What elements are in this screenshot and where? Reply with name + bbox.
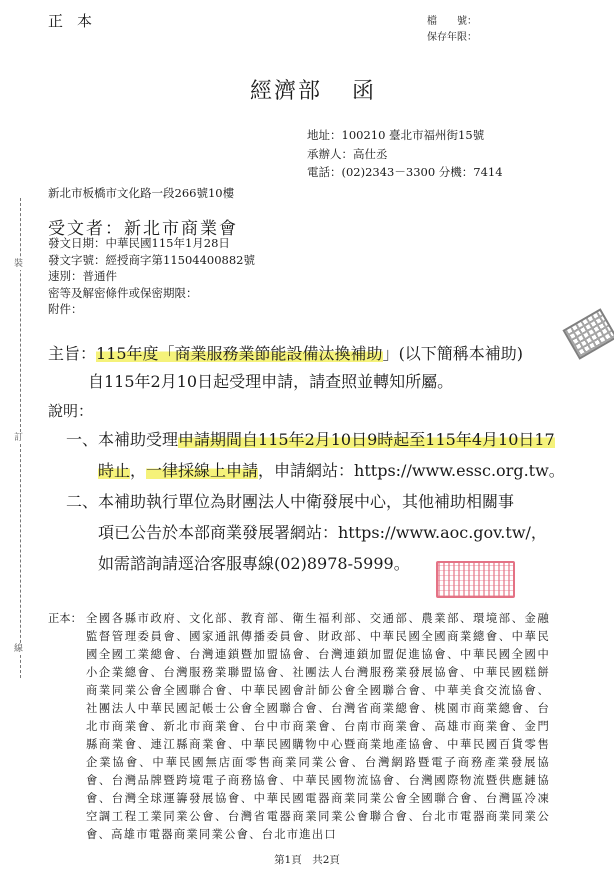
classification: 密等及解密條件或保密期限： xyxy=(48,285,255,302)
item-text: 本補助執行單位為財團法人中衛發展中心，其他補助相關事 xyxy=(98,492,514,511)
item-number: 二、 xyxy=(66,492,98,511)
explanation-list: 一、本補助受理申請期間自115年2月10日9時起至115年4月10日17 時止，… xyxy=(66,424,565,579)
page-number: 第1頁 共2頁 xyxy=(0,852,614,867)
binding-mark-xian: 線 xyxy=(14,643,23,655)
explanation-item-1: 一、本補助受理申請期間自115年2月10日9時起至115年4月10日17 xyxy=(66,424,565,455)
item-highlight: 時止 xyxy=(98,461,130,480)
binding-mark-ding: 訂 xyxy=(14,432,23,444)
issue-date: 發文日期：中華民國115年1月28日 xyxy=(48,235,255,252)
sender-info: 地址：100210 臺北市福州街15號 承辦人：高仕丞 電話：(02)2343－… xyxy=(307,126,503,182)
subject: 主旨：115年度「商業服務業節能設備汰換補助」(以下簡稱本補助) 自115年2月… xyxy=(48,340,523,396)
subject-rest: 」(以下簡稱本補助) xyxy=(383,344,524,363)
subject-line-2: 自115年2月10日起受理申請，請查照並轉知所屬。 xyxy=(48,368,523,396)
subject-highlight: 115年度「商業服務業節能設備汰換補助 xyxy=(96,344,383,363)
recipient-address: 新北市板橋市文化路一段266號10樓 xyxy=(48,185,234,201)
contact-phone: 電話：(02)2343－3300 分機：7414 xyxy=(307,163,503,182)
contact-person: 承辦人：高仕丞 xyxy=(307,145,503,164)
cc-recipients: 全國各縣市政府、文化部、教育部、衛生福利部、交通部、農業部、環境部、金融監督管理… xyxy=(86,610,550,844)
red-seal-stamp-icon xyxy=(436,561,515,598)
file-meta: 檔 號： 保存年限： xyxy=(427,14,477,46)
copy-label: 正本 xyxy=(48,10,106,31)
explanation-item-2-line2: 項已公告於本部商業發展署網站：https://www.aoc.gov.tw/， xyxy=(66,517,565,548)
document-number: 發文字號：經授商字第11504400882號 xyxy=(48,252,255,269)
item-text: 本補助受理 xyxy=(98,430,178,449)
delivery-speed: 速別：普通件 xyxy=(48,268,255,285)
explanation-label: 說明： xyxy=(48,400,93,421)
item-highlight: 一律採線上申請 xyxy=(146,461,258,480)
agency-name: 經濟部 xyxy=(250,79,322,104)
document-title: 經濟部函 xyxy=(250,74,376,105)
sender-address: 地址：100210 臺北市福州街15號 xyxy=(307,126,503,145)
explanation-item-1-cont: 時止，一律採線上申請，申請網站：https://www.essc.org.tw。 xyxy=(66,455,565,486)
document-fields: 發文日期：中華民國115年1月28日 發文字號：經授商字第11504400882… xyxy=(48,235,255,318)
item-text-url: ，申請網站：https://www.essc.org.tw。 xyxy=(258,461,565,480)
file-number-label: 檔 號： xyxy=(427,14,477,30)
document-type: 函 xyxy=(352,79,376,104)
item-number: 一、 xyxy=(66,430,98,449)
cc-label: 正本： xyxy=(48,610,86,844)
cc-list: 正本： 全國各縣市政府、文化部、教育部、衛生福利部、交通部、農業部、環境部、金融… xyxy=(48,610,550,844)
item-highlight: 申請期間自115年2月10日9時起至115年4月10日17 xyxy=(178,430,555,449)
subject-line-1: 主旨：115年度「商業服務業節能設備汰換補助」(以下簡稱本補助) xyxy=(48,340,523,368)
seal-stamp-icon xyxy=(562,308,614,359)
binding-mark-zhuang: 裝 xyxy=(14,258,23,270)
item-text: ， xyxy=(130,461,146,480)
subject-label: 主旨： xyxy=(48,344,96,363)
attachments: 附件： xyxy=(48,301,255,318)
retention-label: 保存年限： xyxy=(427,30,477,46)
explanation-item-2: 二、本補助執行單位為財團法人中衛發展中心，其他補助相關事 xyxy=(66,486,565,517)
